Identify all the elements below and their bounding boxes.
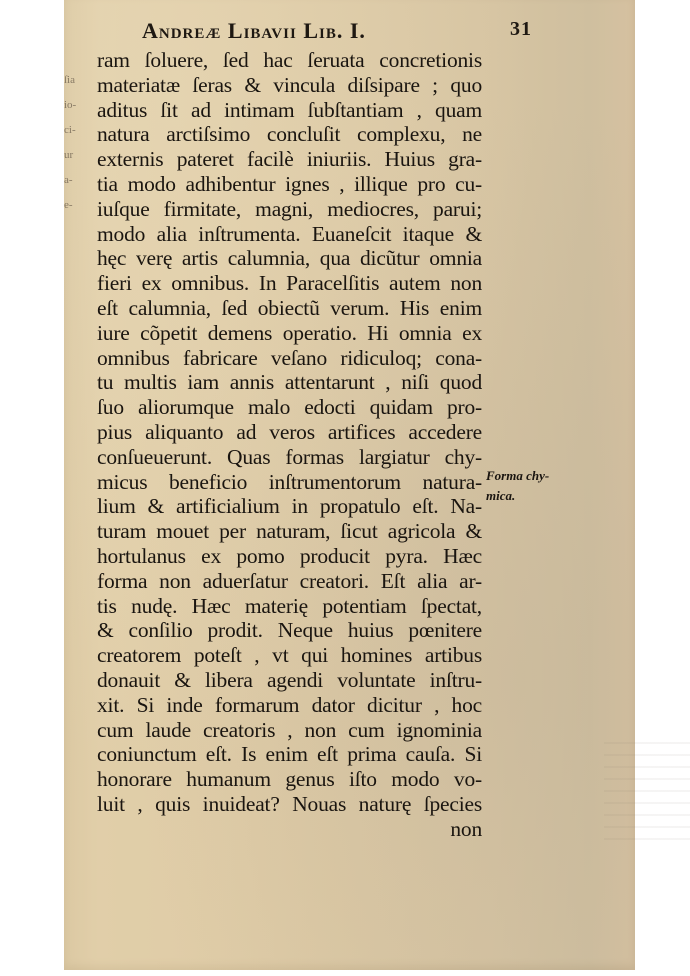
- show-through-text: [604, 740, 690, 840]
- bleed-fragment: ur: [64, 143, 78, 168]
- text-line: forma non aduerſatur creatori. Eſt alia …: [97, 569, 482, 594]
- text-line: modo alia inſtrumenta. Euaneſcit itaque …: [97, 222, 482, 247]
- bleed-fragment: ſia: [64, 68, 78, 93]
- running-title: Andreæ Libavii Lib. I.: [142, 18, 366, 43]
- text-line: aditus ſit ad intimam ſubſtantiam , quam: [97, 98, 482, 123]
- text-line: eſt calumnia, ſed obiectũ verum. His eni…: [97, 296, 482, 321]
- text-line: creatorem poteſt , vt qui homines artibu…: [97, 643, 482, 668]
- text-line: materiatæ ſeras & vincula diſsipare ; qu…: [97, 73, 482, 98]
- text-line: natura arctiſsimo concluſit complexu, ne: [97, 122, 482, 147]
- text-line: omnibus fabricare veſano ridiculoq; cona…: [97, 346, 482, 371]
- marginal-note: Forma chy- mica.: [486, 466, 549, 506]
- left-margin-bleed: ſia io- ci- ur a- e-: [64, 68, 78, 218]
- bleed-fragment: io-: [64, 93, 78, 118]
- text-line: tu multis iam annis attentarunt , niſi q…: [97, 370, 482, 395]
- text-line: iuſque firmitate, magni, mediocres, paru…: [97, 197, 482, 222]
- text-line: pius aliquanto ad veros artifices accede…: [97, 420, 482, 445]
- text-line: externis pateret facilè iniuriis. Huius …: [97, 147, 482, 172]
- body-text: ram ſoluere, ſed hac ſeruata concretioni…: [97, 48, 482, 842]
- text-line: fieri ex omnibus. In Paracelſitis autem …: [97, 271, 482, 296]
- text-line: ram ſoluere, ſed hac ſeruata concretioni…: [97, 48, 482, 73]
- text-line: hęc verę artis calumnia, qua dicũtur omn…: [97, 246, 482, 271]
- bleed-fragment: e-: [64, 193, 78, 218]
- catchword: non: [97, 817, 482, 842]
- marginal-note-line: mica.: [486, 486, 549, 506]
- text-line: lium & artificialium in propatulo eſt. N…: [97, 494, 482, 519]
- text-line: conſueuerunt. Quas formas largiatur chy-: [97, 445, 482, 470]
- text-line: iure cõpetit demens operatio. Hi omnia e…: [97, 321, 482, 346]
- text-line: xit. Si inde formarum dator dicitur , ho…: [97, 693, 482, 718]
- text-line: donauit & libera agendi voluntate inſtru…: [97, 668, 482, 693]
- bleed-fragment: ci-: [64, 118, 78, 143]
- text-line: cum laude creatoris , non cum ignominia: [97, 718, 482, 743]
- page-number: 31: [510, 18, 532, 41]
- text-line: coniunctum eſt. Is enim eſt prima cauſa.…: [97, 742, 482, 767]
- text-line: turam mouet per naturam, ſicut agricola …: [97, 519, 482, 544]
- text-line: tia modo adhibentur ignes , illique pro …: [97, 172, 482, 197]
- marginal-note-line: Forma chy-: [486, 466, 549, 486]
- text-line: ſuo aliorumque malo edocti quidam pro-: [97, 395, 482, 420]
- text-line: hortulanus ex pomo producit pyra. Hæc: [97, 544, 482, 569]
- running-header: Andreæ Libavii Lib. I. 31: [142, 18, 532, 44]
- text-line: tis nudę. Hæc materię potentiam ſpectat,: [97, 594, 482, 619]
- bleed-fragment: a-: [64, 168, 78, 193]
- text-line: & conſilio prodit. Neque huius pœnitere: [97, 618, 482, 643]
- text-line: honorare humanum genus iſto modo vo-: [97, 767, 482, 792]
- text-line: micus beneficio inſtrumentorum natura-: [97, 470, 482, 495]
- text-line: luit , quis inuideat? Nouas naturę ſpeci…: [97, 792, 482, 817]
